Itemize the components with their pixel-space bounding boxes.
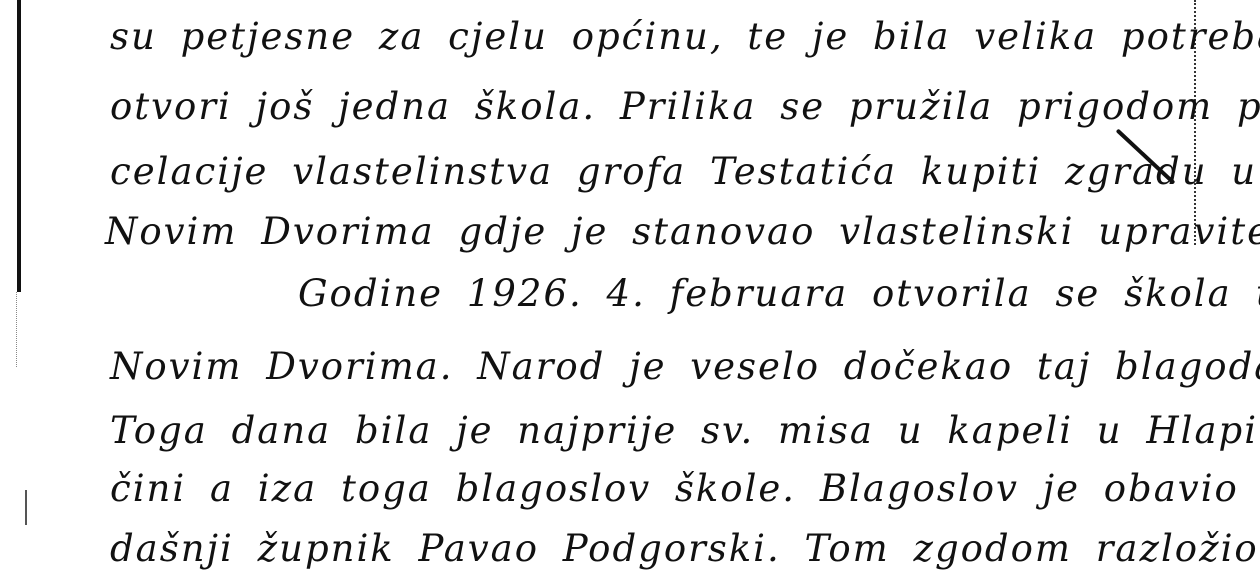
- text-line-1: su petjesne za cjelu općinu, te je bila …: [110, 18, 1260, 55]
- text-line-4: Novim Dvorima gdje je stanovao vlastelin…: [105, 213, 1260, 250]
- text-line-7: Toga dana bila je najprije sv. misa u ka…: [110, 412, 1260, 449]
- left-margin-line: [17, 0, 21, 292]
- text-line-8: čini a iza toga blagoslov škole. Blagosl…: [110, 470, 1260, 507]
- text-line-2: otvori još jedna škola. Prilika se pruži…: [110, 88, 1260, 125]
- text-line-6: Novim Dvorima. Narod je veselo dočekao t…: [110, 348, 1260, 385]
- manuscript-page: su petjesne za cjelu općinu, te je bila …: [0, 0, 1260, 582]
- text-line-3: celacije vlastelinstva grofa Testatića k…: [110, 153, 1257, 190]
- left-margin-mark: [25, 490, 27, 525]
- text-line-9: dašnji župnik Pavao Podgorski. Tom zgodo…: [110, 530, 1259, 567]
- text-line-5: Godine 1926. 4. februara otvorila se ško…: [298, 275, 1260, 312]
- left-margin-line-faint: [16, 292, 18, 367]
